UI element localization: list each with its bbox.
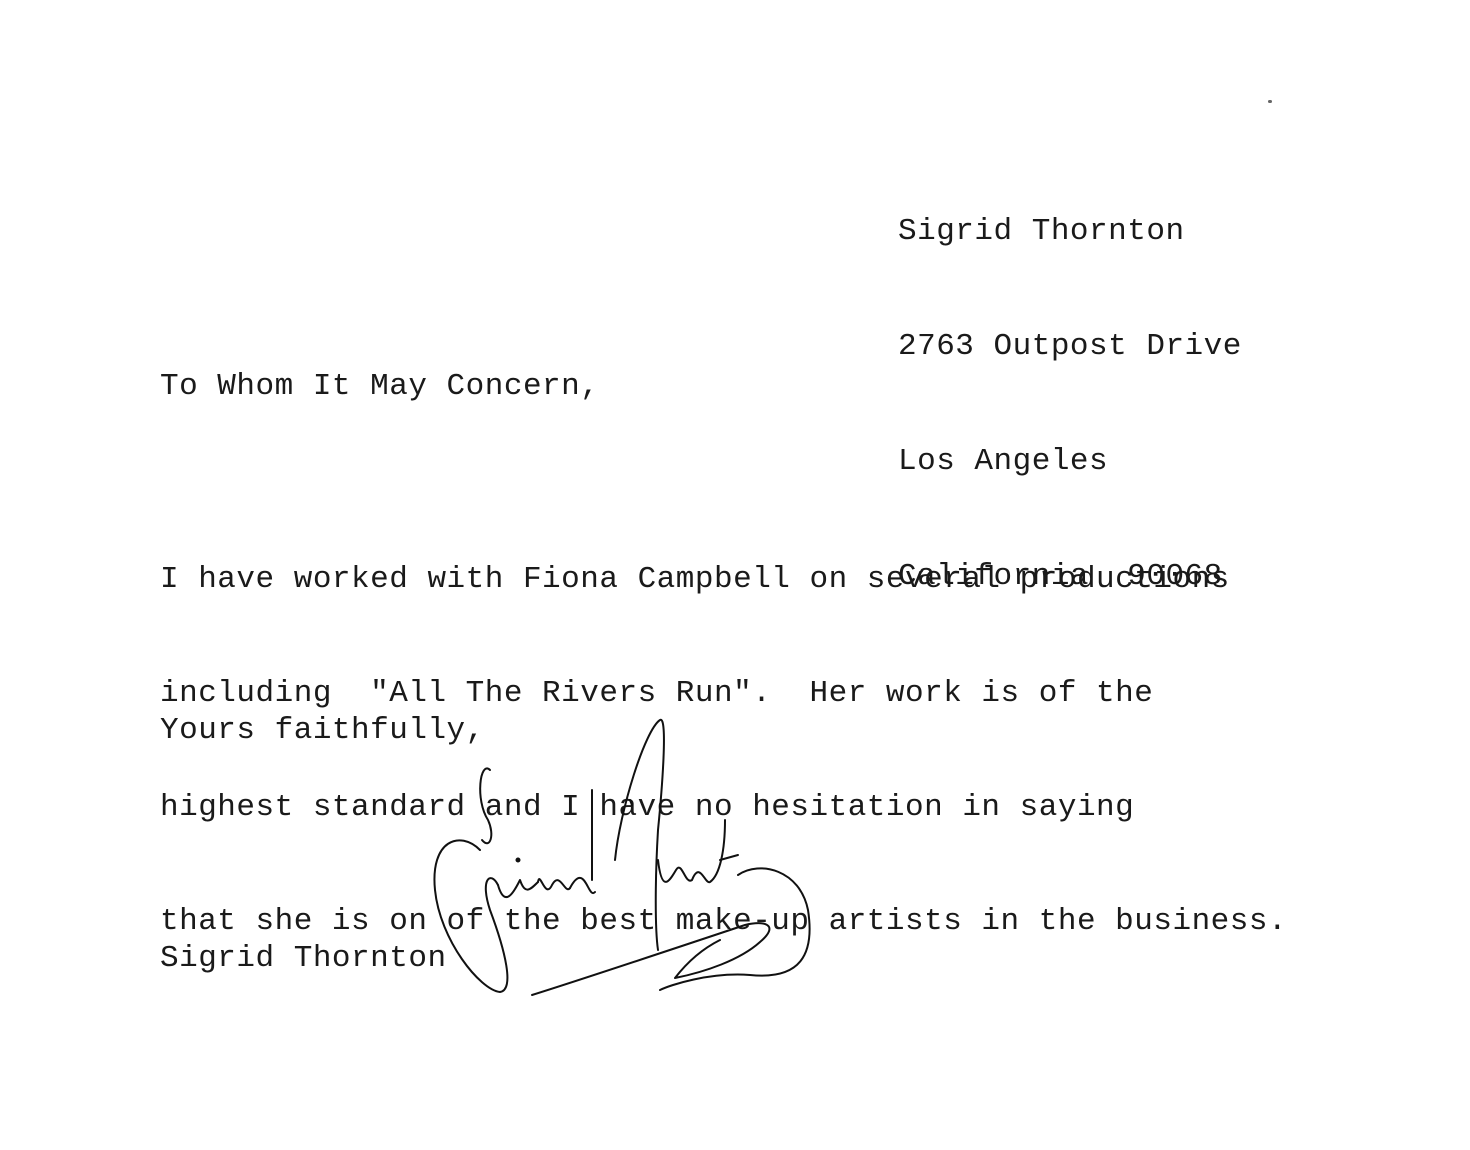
address-line-name: Sigrid Thornton <box>898 213 1242 252</box>
paper-speck <box>1268 100 1272 103</box>
body-line: I have worked with Fiona Campbell on sev… <box>160 561 1287 599</box>
salutation: To Whom It May Concern, <box>160 368 599 406</box>
address-line-street: 2763 Outpost Drive <box>898 328 1242 367</box>
printed-name: Sigrid Thornton <box>160 940 447 978</box>
handwritten-signature <box>420 710 820 1010</box>
address-line-city: Los Angeles <box>898 443 1242 482</box>
body-line: including "All The Rivers Run". Her work… <box>160 675 1287 713</box>
